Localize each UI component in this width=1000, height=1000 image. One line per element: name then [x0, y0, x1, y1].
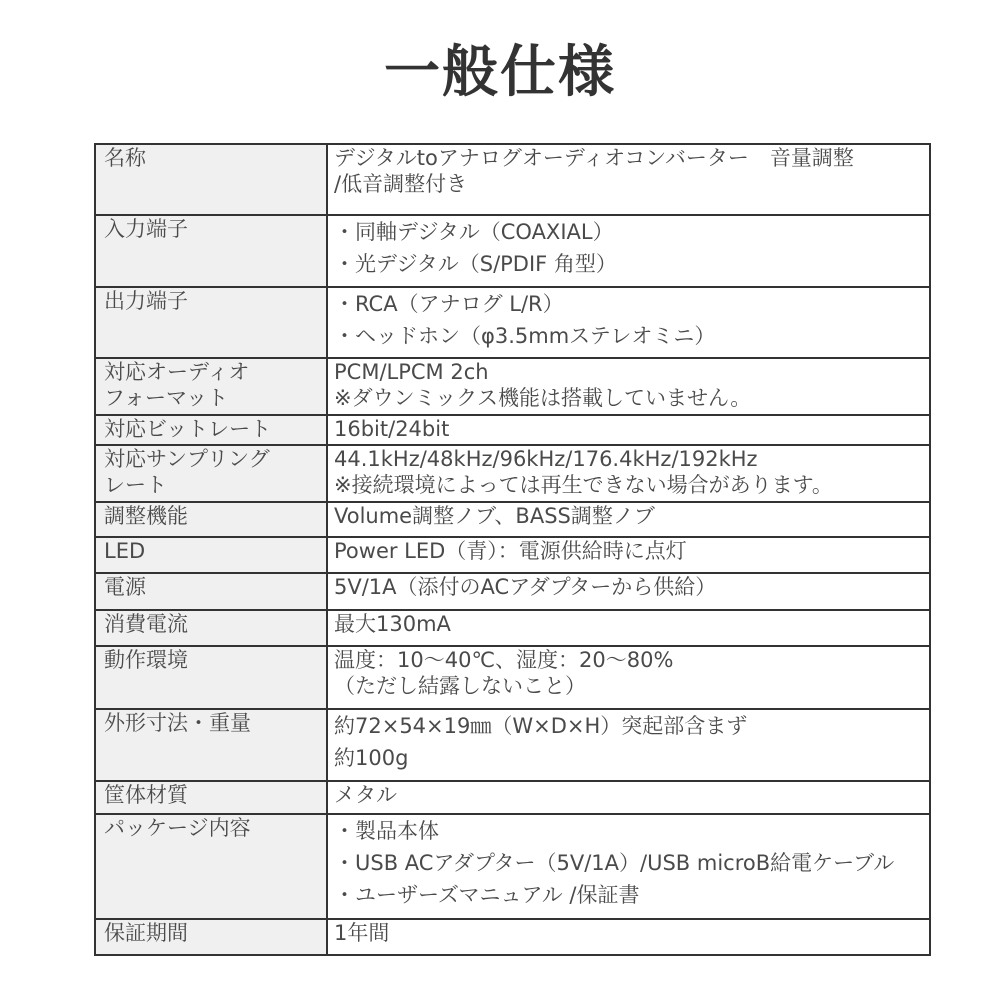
spec-label-cell: 対応ビットレート: [95, 415, 327, 445]
spec-label-cell: 動作環境: [95, 646, 327, 709]
table-row: 対応サンプリングレート44.1kHz/48kHz/96kHz/176.4kHz/…: [95, 445, 930, 502]
spec-value: ※ダウンミックス機能は搭載していません。: [334, 385, 929, 411]
spec-value: 16bit/24bit: [334, 416, 929, 442]
table-row: 筐体材質メタル: [95, 781, 930, 814]
table-row: 調整機能Volume調整ノブ、BASS調整ノブ: [95, 502, 930, 537]
table-row: 外形寸法・重量約72×54×19㎜（W×D×H）突起部含まず約100g: [95, 709, 930, 781]
spec-label-cell: 名称: [95, 144, 327, 215]
spec-value-cell: ・製品本体・USB ACアダプター（5V/1A）/USB microB給電ケーブ…: [327, 814, 930, 919]
spec-value: ・同軸デジタル（COAXIAL）: [334, 216, 929, 248]
spec-value-cell: 5V/1A（添付のACアダプターから供給）: [327, 573, 930, 610]
spec-value: 44.1kHz/48kHz/96kHz/176.4kHz/192kHz: [334, 446, 929, 472]
spec-label: 筐体材質: [104, 782, 326, 808]
spec-value: 温度：10〜40℃、湿度：20〜80%: [334, 647, 929, 673]
spec-table: 名称デジタルtoアナログオーディオコンバーター 音量調整/低音調整付き入力端子・…: [94, 143, 931, 956]
table-row: 名称デジタルtoアナログオーディオコンバーター 音量調整/低音調整付き: [95, 144, 930, 215]
spec-label: 消費電流: [104, 611, 326, 637]
spec-label-cell: 入力端子: [95, 215, 327, 287]
spec-value-cell: 44.1kHz/48kHz/96kHz/176.4kHz/192kHz※接続環境…: [327, 445, 930, 502]
table-row: パッケージ内容・製品本体・USB ACアダプター（5V/1A）/USB micr…: [95, 814, 930, 919]
table-row: 動作環境温度：10〜40℃、湿度：20〜80%（ただし結露しないこと）: [95, 646, 930, 709]
spec-value: ・RCA（アナログ L/R）: [334, 288, 929, 320]
spec-label: LED: [104, 538, 326, 564]
table-row: 対応オーディオフォーマットPCM/LPCM 2ch※ダウンミックス機能は搭載して…: [95, 358, 930, 415]
spec-label: 対応ビットレート: [104, 416, 326, 442]
spec-value: デジタルtoアナログオーディオコンバーター 音量調整: [334, 145, 929, 171]
spec-value-cell: メタル: [327, 781, 930, 814]
spec-label: 動作環境: [104, 647, 326, 673]
spec-value: ※接続環境によっては再生できない場合があります。: [334, 472, 929, 498]
spec-label: 外形寸法・重量: [104, 710, 326, 736]
spec-label-cell: パッケージ内容: [95, 814, 327, 919]
spec-value-cell: ・同軸デジタル（COAXIAL）・光デジタル（S/PDIF 角型）: [327, 215, 930, 287]
spec-value: PCM/LPCM 2ch: [334, 359, 929, 385]
spec-label-cell: 消費電流: [95, 610, 327, 646]
spec-value: ・USB ACアダプター（5V/1A）/USB microB給電ケーブル: [334, 847, 929, 879]
spec-value-cell: 約72×54×19㎜（W×D×H）突起部含まず約100g: [327, 709, 930, 781]
spec-value: メタル: [334, 782, 929, 808]
spec-label-cell: 外形寸法・重量: [95, 709, 327, 781]
spec-label: 調整機能: [104, 503, 326, 529]
spec-value: ・光デジタル（S/PDIF 角型）: [334, 248, 929, 280]
spec-label: フォーマット: [104, 385, 326, 411]
spec-label: パッケージ内容: [104, 815, 326, 841]
spec-value: ・ヘッドホン（φ3.5mmステレオミニ）: [334, 320, 929, 352]
page-title: 一般仕様: [0, 38, 1000, 108]
spec-value: 約100g: [334, 742, 929, 774]
spec-value: ・製品本体: [334, 815, 929, 847]
spec-label-cell: 調整機能: [95, 502, 327, 537]
spec-label: 名称: [104, 145, 326, 171]
spec-label-cell: 筐体材質: [95, 781, 327, 814]
spec-label-cell: 出力端子: [95, 287, 327, 358]
spec-label-cell: 保証期間: [95, 919, 327, 955]
spec-value-cell: 温度：10〜40℃、湿度：20〜80%（ただし結露しないこと）: [327, 646, 930, 709]
spec-value-cell: 1年間: [327, 919, 930, 955]
table-row: 出力端子・RCA（アナログ L/R）・ヘッドホン（φ3.5mmステレオミニ）: [95, 287, 930, 358]
spec-value-cell: 最大130mA: [327, 610, 930, 646]
spec-label: 電源: [104, 574, 326, 600]
table-row: 対応ビットレート16bit/24bit: [95, 415, 930, 445]
spec-value-cell: Power LED（青）：電源供給時に点灯: [327, 537, 930, 573]
spec-value-cell: PCM/LPCM 2ch※ダウンミックス機能は搭載していません。: [327, 358, 930, 415]
spec-value: 最大130mA: [334, 611, 929, 637]
table-row: 消費電流最大130mA: [95, 610, 930, 646]
spec-value-cell: 16bit/24bit: [327, 415, 930, 445]
spec-value: 1年間: [334, 920, 929, 946]
spec-label-cell: 対応オーディオフォーマット: [95, 358, 327, 415]
spec-label: 入力端子: [104, 216, 326, 242]
table-row: 入力端子・同軸デジタル（COAXIAL）・光デジタル（S/PDIF 角型）: [95, 215, 930, 287]
spec-label: 出力端子: [104, 288, 326, 314]
spec-value: 5V/1A（添付のACアダプターから供給）: [334, 574, 929, 600]
spec-value: ・ユーザーズマニュアル /保証書: [334, 879, 929, 911]
table-row: 電源5V/1A（添付のACアダプターから供給）: [95, 573, 930, 610]
spec-label-cell: LED: [95, 537, 327, 573]
spec-label: 保証期間: [104, 920, 326, 946]
spec-value: Volume調整ノブ、BASS調整ノブ: [334, 503, 929, 529]
spec-value: /低音調整付き: [334, 171, 929, 197]
spec-value: （ただし結露しないこと）: [334, 673, 929, 699]
table-row: 保証期間1年間: [95, 919, 930, 955]
spec-label-cell: 対応サンプリングレート: [95, 445, 327, 502]
table-row: LEDPower LED（青）：電源供給時に点灯: [95, 537, 930, 573]
spec-table-body: 名称デジタルtoアナログオーディオコンバーター 音量調整/低音調整付き入力端子・…: [95, 144, 930, 955]
spec-label-cell: 電源: [95, 573, 327, 610]
spec-value-cell: デジタルtoアナログオーディオコンバーター 音量調整/低音調整付き: [327, 144, 930, 215]
spec-label: レート: [104, 472, 326, 498]
spec-value-cell: ・RCA（アナログ L/R）・ヘッドホン（φ3.5mmステレオミニ）: [327, 287, 930, 358]
spec-value: 約72×54×19㎜（W×D×H）突起部含まず: [334, 710, 929, 742]
spec-value-cell: Volume調整ノブ、BASS調整ノブ: [327, 502, 930, 537]
spec-label: 対応オーディオ: [104, 359, 326, 385]
spec-value: Power LED（青）：電源供給時に点灯: [334, 538, 929, 564]
spec-label: 対応サンプリング: [104, 446, 326, 472]
